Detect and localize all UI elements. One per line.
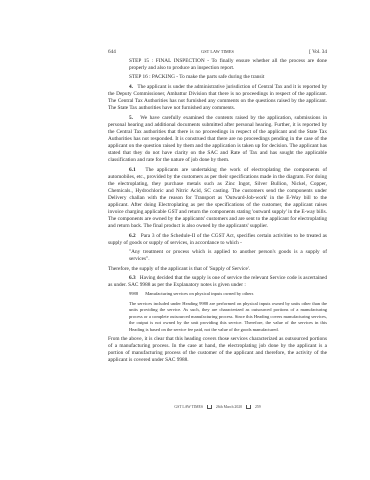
paragraph-number: 6.2 — [129, 233, 136, 239]
journal-title: GST LAW TIMES — [108, 48, 327, 56]
footer-page: 259 — [255, 405, 261, 409]
paragraph-4: 4. The applicant is under the administra… — [108, 84, 327, 112]
running-head: 644 GST LAW TIMES [ Vol. 34 — [108, 48, 327, 56]
paragraph-text: Para 3 of the Schedule-II of the CGST Ac… — [108, 233, 327, 246]
explanatory-heading: 9988 Manufacturing services on physical … — [129, 291, 327, 298]
block-quote: "Any treatment or process which is appli… — [129, 249, 327, 263]
separator-icon — [207, 405, 212, 409]
conclusion-paragraph: From the above, it is clear that this he… — [108, 336, 327, 364]
explanatory-text: The services included under Heading 9988… — [129, 301, 327, 334]
paragraph-5: 5. We have carefully examined the conten… — [108, 115, 327, 165]
paragraph-text: The applicant is under the administrativ… — [108, 84, 327, 111]
paragraph-6-1: 6.1 The applicants are undertaking the w… — [108, 167, 327, 231]
paragraph-text: The applicants are undertaking the work … — [108, 167, 327, 230]
step-16: STEP 16 : PACKING - To make the parts sa… — [129, 74, 327, 81]
sac-code: 9988 — [129, 291, 138, 296]
document-page: 644 GST LAW TIMES [ Vol. 34 STEP 15 : FI… — [108, 48, 327, 367]
explanatory-note: 9988 Manufacturing services on physical … — [129, 291, 327, 333]
footer-journal: GST LAW TIMES — [174, 405, 203, 409]
paragraph-number: 6.3 — [129, 275, 136, 281]
paragraph-number: 5. — [129, 115, 133, 121]
paragraph-text: We have carefully examined the contents … — [108, 115, 327, 164]
heading-title: Manufacturing services on physical input… — [145, 291, 253, 296]
separator-icon — [246, 405, 251, 409]
paragraph-number: 6.1 — [129, 167, 136, 173]
paragraph-6-3: 6.3 Having decided that the supply is on… — [108, 275, 327, 289]
therefore-line: Therefore, the supply of the applicant i… — [108, 266, 327, 273]
page-footer: GST LAW TIMES 26th March 2020 259 — [108, 404, 327, 410]
volume-label: [ Vol. 34 — [309, 48, 327, 56]
paragraph-text: Having decided that the supply is one of… — [108, 275, 327, 288]
step-15: STEP 15 : FINAL INSPECTION - To finally … — [129, 58, 327, 72]
footer-date: 26th March 2020 — [216, 405, 242, 409]
paragraph-6-2: 6.2 Para 3 of the Schedule-II of the CGS… — [108, 233, 327, 247]
paragraph-number: 4. — [129, 84, 133, 90]
